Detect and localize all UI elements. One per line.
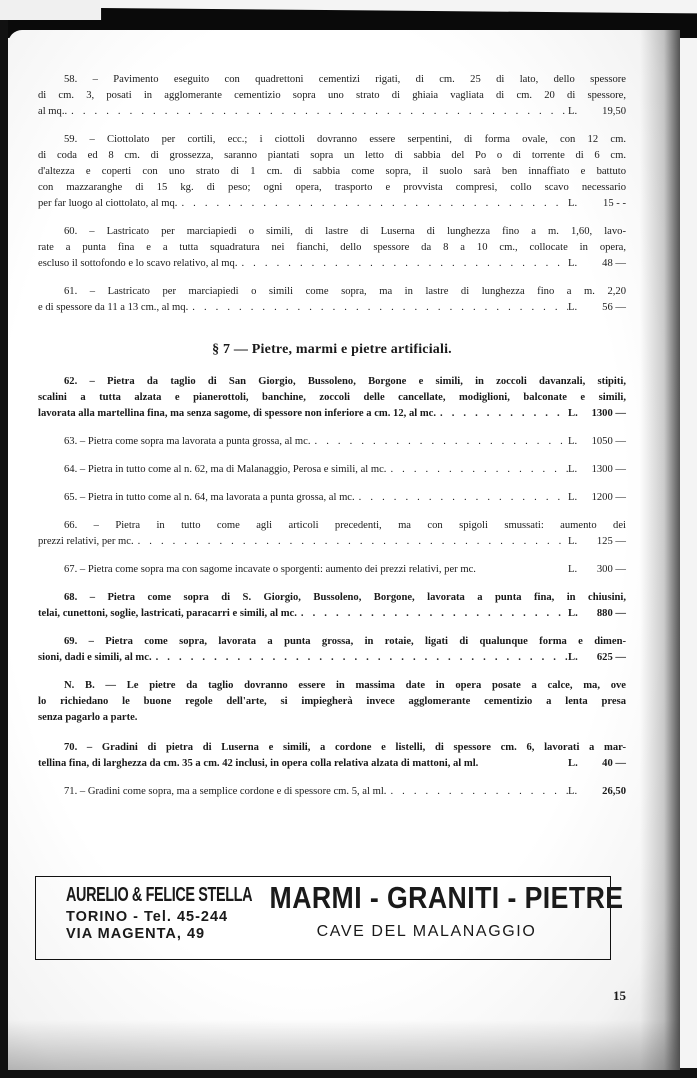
entry-text-line: 67. – Pietra come sopra ma con sagome in… <box>64 562 476 578</box>
price-entry-60: 60. – Lastricato per marciapiedi o simil… <box>38 224 626 272</box>
entry-text-line: 58. – Pavimento eseguito con quadrettoni… <box>38 72 626 88</box>
page-gutter-shadow <box>640 30 680 1070</box>
entry-text-line: scalini a tutta alzata e pianerottoli, b… <box>38 390 626 406</box>
entry-text-line: tellina fina, di larghezza da cm. 35 a c… <box>38 756 478 772</box>
entry-text-line: 64. – Pietra in tutto come al n. 62, ma … <box>64 462 386 478</box>
currency-label: L. <box>568 784 586 800</box>
price-value: 1200 — <box>586 490 626 506</box>
price-value: 1050 — <box>586 434 626 450</box>
leader-dots: . . . . . . . . . . . . . . . . . . . . … <box>134 534 568 550</box>
leader-dots: . . . . . . . . . . . . . . . . . . . . … <box>436 406 568 422</box>
leader-dots: . . . . . . . . . . . . . . . . . . . . … <box>177 196 568 212</box>
entry-text-line: sioni, dadi e simili, al mc. <box>38 650 152 666</box>
leader-dots: . . . . . . . . . . . . . . . . . . . . … <box>188 300 568 316</box>
price-entry-64: 64. – Pietra in tutto come al n. 62, ma … <box>38 462 626 478</box>
price-entry-59: 59. – Ciottolato per cortili, ecc.; i ci… <box>38 132 626 212</box>
note-text-line: lo richiedano le buone regole dell'arte,… <box>38 694 626 710</box>
currency-label: L. <box>568 256 586 272</box>
price-value: 56 — <box>586 300 626 316</box>
price-entry-66: 66. – Pietra in tutto come agli articoli… <box>38 518 626 550</box>
entry-text-line: telai, cunettoni, soglie, lastricati, pa… <box>38 606 297 622</box>
advertisement-box: AURELIO & FELICE STELLA TORINO - Tel. 45… <box>35 876 611 960</box>
scan-margin <box>0 0 100 22</box>
price-entry-70: 70. – Gradini di pietra di Luserna e sim… <box>38 740 626 772</box>
entry-text-line: al mq.. <box>38 104 67 120</box>
currency-label: L. <box>568 196 586 212</box>
currency-label: L. <box>568 300 586 316</box>
currency-label: L. <box>568 490 586 506</box>
entry-text-line: 66. – Pietra in tutto come agli articoli… <box>38 518 626 534</box>
currency-label: L. <box>568 406 586 422</box>
page-number: 15 <box>613 988 626 1004</box>
entry-text-line: 59. – Ciottolato per cortili, ecc.; i ci… <box>38 132 626 148</box>
leader-dots: . . . . . . . . . . . . . . . . . . . . … <box>237 256 568 272</box>
price-value: 40 — <box>586 756 626 772</box>
price-entry-63: 63. – Pietra come sopra ma lavorata a pu… <box>38 434 626 450</box>
entry-text-line: 63. – Pietra come sopra ma lavorata a pu… <box>64 434 311 450</box>
note-text-line: N. B. — Le pietre da taglio dovranno ess… <box>38 678 626 694</box>
price-value: 26,50 <box>586 784 626 800</box>
entry-text-line: lavorata alla martellina fina, ma senza … <box>38 406 436 422</box>
entry-text-line: 65. – Pietra in tutto come al n. 64, ma … <box>64 490 355 506</box>
currency-label: L. <box>568 104 586 120</box>
leader-dots: . . . . . . . . . . . . . . . . . . . . … <box>386 784 568 800</box>
entry-text-line: 69. – Pietra come sopra, lavorata a punt… <box>38 634 626 650</box>
price-entry-65: 65. – Pietra in tutto come al n. 64, ma … <box>38 490 626 506</box>
price-value: 880 — <box>586 606 626 622</box>
price-value: 48 — <box>586 256 626 272</box>
entry-text-line: 70. – Gradini di pietra di Luserna e sim… <box>38 740 626 756</box>
price-entry-61: 61. – Lastricato per marciapiedi o simil… <box>38 284 626 316</box>
price-value: 625 — <box>586 650 626 666</box>
price-value: 15 - - <box>586 196 626 212</box>
price-value: 300 — <box>586 562 626 578</box>
price-value: 19,50 <box>586 104 626 120</box>
price-list: 58. – Pavimento eseguito con quadrettoni… <box>38 72 626 812</box>
advertisement-slogan: MARMI - GRANITI - PIETRE CAVE DEL MALANA… <box>244 879 609 941</box>
entry-text-line: 71. – Gradini come sopra, ma a semplice … <box>64 784 386 800</box>
page-bottom-shadow <box>8 1020 680 1070</box>
price-entry-67: 67. – Pietra come sopra ma con sagome in… <box>38 562 626 578</box>
entry-text-line: 68. – Pietra come sopra di S. Giorgio, B… <box>38 590 626 606</box>
price-entry-68: 68. – Pietra come sopra di S. Giorgio, B… <box>38 590 626 622</box>
leader-dots: . . . . . . . . . . . . . . . . . . . . … <box>297 606 568 622</box>
entry-text-line: prezzi relativi, per mc. <box>38 534 134 550</box>
entry-text-line: per far luogo al ciottolato, al mq. <box>38 196 177 212</box>
currency-label: L. <box>568 606 586 622</box>
advertiser-name: AURELIO & FELICE STELLA <box>66 881 196 909</box>
currency-label: L. <box>568 562 586 578</box>
entry-text-line: di cm. 3, posati in agglomerante cementi… <box>38 88 626 104</box>
leader-dots: . . . . . . . . . . . . . . . . . . . . … <box>355 490 568 506</box>
entry-text-line: escluso il sottofondo e lo scavo relativ… <box>38 256 237 272</box>
currency-label: L. <box>568 756 586 772</box>
price-value: 1300 — <box>586 406 626 422</box>
currency-label: L. <box>568 534 586 550</box>
currency-label: L. <box>568 434 586 450</box>
scan-border-left <box>0 20 8 1078</box>
entry-text-line: e di spessore da 11 a 13 cm., al mq. <box>38 300 188 316</box>
price-entry-58: 58. – Pavimento eseguito con quadrettoni… <box>38 72 626 120</box>
currency-label: L. <box>568 650 586 666</box>
currency-label: L. <box>568 462 586 478</box>
leader-dots: . . . . . . . . . . . . . . . . . . . . … <box>152 650 568 666</box>
price-value: 1300 — <box>586 462 626 478</box>
note-text-line: senza pagarlo a parte. <box>38 710 626 726</box>
advertiser-address: VIA MAGENTA, 49 <box>66 926 246 943</box>
leader-dots: . . . . . . . . . . . . . . . . . . . . … <box>67 104 568 120</box>
entry-text-line: 62. – Pietra da taglio di San Giorgio, B… <box>38 374 626 390</box>
section-heading: § 7 — Pietre, marmi e pietre artificiali… <box>38 342 626 358</box>
advertiser-block: AURELIO & FELICE STELLA TORINO - Tel. 45… <box>66 881 246 943</box>
entry-text-line: 60. – Lastricato per marciapiedi o simil… <box>38 224 626 240</box>
leader-dots: . . . . . . . . . . . . . . . . . . . . … <box>311 434 568 450</box>
entry-text-line: rate a punta fina e a tutta squadratura … <box>38 240 626 256</box>
ad-headline: MARMI - GRANITI - PIETRE <box>270 879 584 917</box>
price-entry-69: 69. – Pietra come sopra, lavorata a punt… <box>38 634 626 666</box>
price-value: 125 — <box>586 534 626 550</box>
leader-dots: . . . . . . . . . . . . . . . . . . . . … <box>386 462 568 478</box>
ad-subheadline: CAVE DEL MALANAGGIO <box>244 923 609 941</box>
entry-text-line: con mazzaranghe di 15 kg. di peso; ogni … <box>38 180 626 196</box>
note-paragraph: N. B. — Le pietre da taglio dovranno ess… <box>38 678 626 726</box>
entry-text-line: 61. – Lastricato per marciapiedi o simil… <box>38 284 626 300</box>
price-entry-71: 71. – Gradini come sopra, ma a semplice … <box>38 784 626 800</box>
price-entry-62: 62. – Pietra da taglio di San Giorgio, B… <box>38 374 626 422</box>
entry-text-line: di coda ed 8 cm. di grossezza, saranno p… <box>38 148 626 164</box>
advertiser-city-phone: TORINO - Tel. 45-244 <box>66 909 246 926</box>
entry-text-line: d'altezza e coperti con uno strato di 1 … <box>38 164 626 180</box>
